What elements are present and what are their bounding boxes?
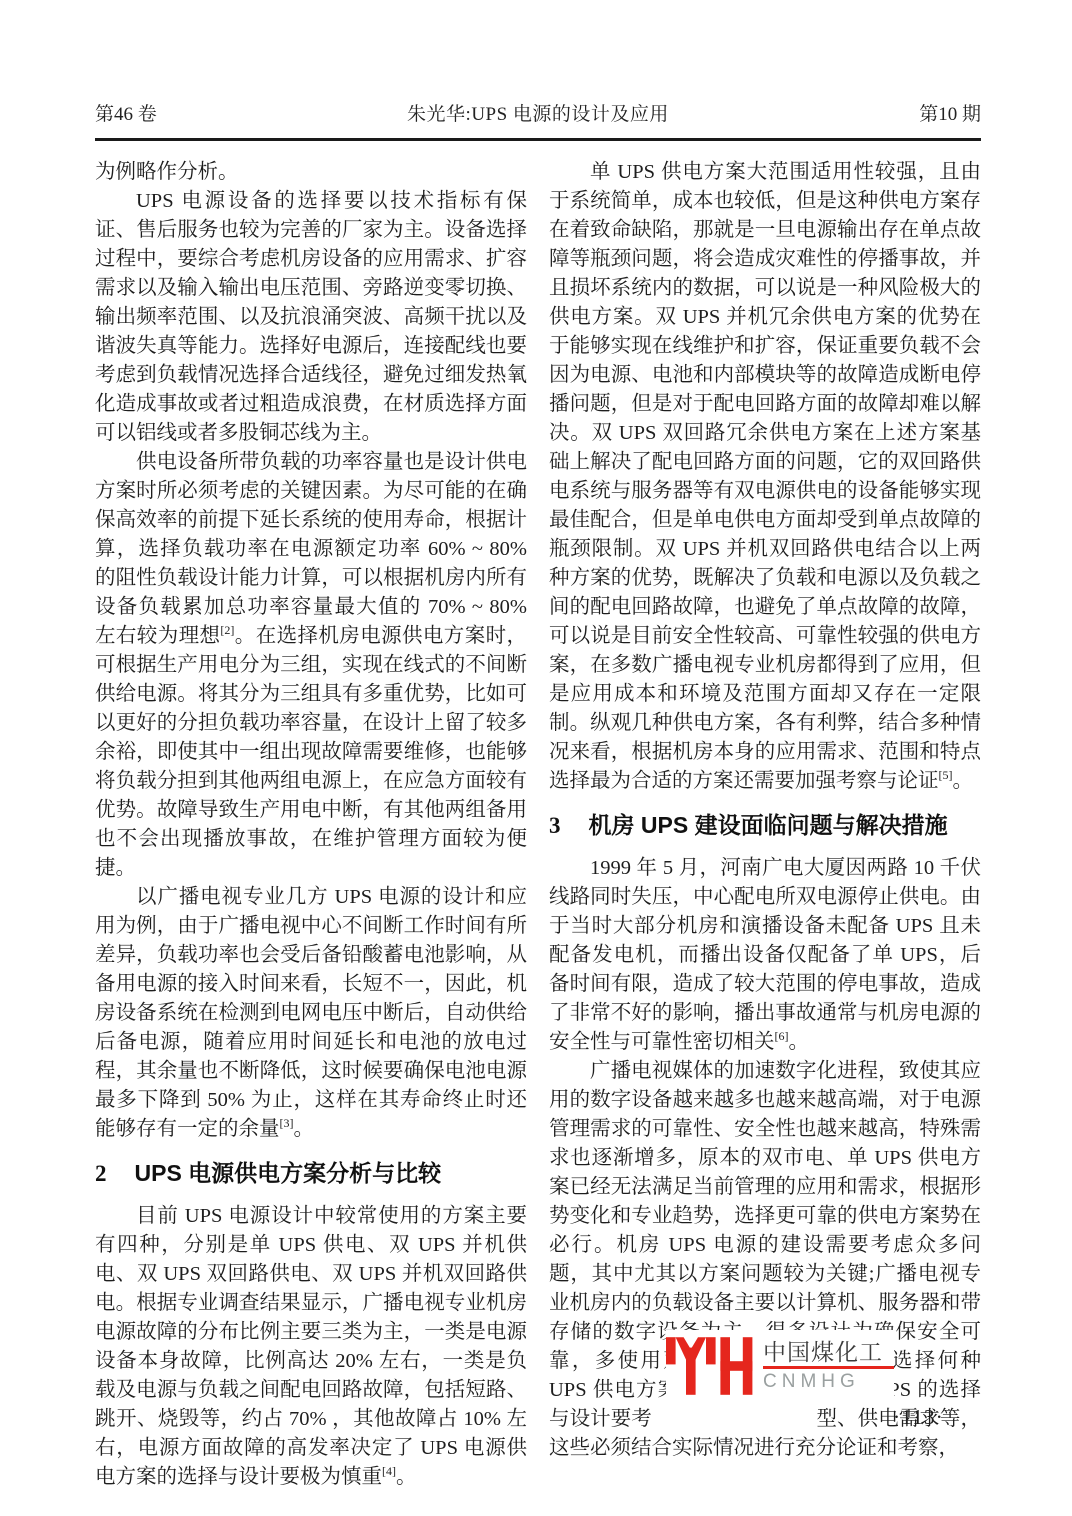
journal-header: 第46 卷 朱光华:UPS 电源的设计及应用 第10 期 — [95, 99, 981, 126]
volume-label: 第46 卷 — [95, 99, 157, 126]
paragraph: 1999 年 5 月，河南广电大厦因两路 10 千伏线路同时失压，中心配电所双电… — [549, 854, 981, 1057]
citation-ref-3: [3] — [280, 1116, 294, 1130]
section-title: UPS 电源供电方案分析与比较 — [135, 1160, 442, 1186]
mh-monogram-icon — [666, 1334, 754, 1398]
cnmhg-watermark: 中国煤化工 CNMHG — [666, 1330, 894, 1400]
watermark-brand: 中国煤化工 — [763, 1339, 894, 1365]
paragraph-text: 以广播电视专业几方 UPS 电源的设计和应用为例，由于广播电视中心不间断工作时间… — [95, 886, 527, 1140]
section-heading-3: 3机房 UPS 建设面临问题与解决措施 — [549, 810, 981, 841]
paragraph-text: 目前 UPS 电源设计中较常使用的方案主要有四种，分别是单 UPS 供电、双 U… — [95, 1205, 527, 1488]
paragraph: 目前 UPS 电源设计中较常使用的方案主要有四种，分别是单 UPS 供电、双 U… — [95, 1202, 527, 1492]
right-column: 单 UPS 供电方案大范围适用性较强，且由于系统简单，成本也较低，但是这种供电方… — [549, 158, 981, 1492]
watermark-text-block: 中国煤化工 CNMHG — [763, 1339, 894, 1392]
page-number: ·113· — [893, 1405, 944, 1430]
header-rule — [95, 138, 981, 141]
paragraph: 供电设备所带负载的功率容量也是设计供电方案时所必须考虑的关键因素。为尽可能的在确… — [95, 448, 527, 883]
paragraph-text: 。 — [294, 1118, 315, 1140]
section-number: 3 — [549, 813, 561, 838]
section-heading-2: 2UPS 电源供电方案分析与比较 — [95, 1158, 527, 1189]
citation-ref-6: [6] — [775, 1029, 789, 1043]
paragraph: 单 UPS 供电方案大范围适用性较强，且由于系统简单，成本也较低，但是这种供电方… — [549, 158, 981, 796]
paragraph: 广播电视媒体的加速数字化进程，致使其应用的数字设备越来越多也越来越高端，对于电源… — [549, 1057, 981, 1463]
paragraph: UPS 电源设备的选择要以技术指标有保证、售后服务也较为完善的厂家为主。设备选择… — [95, 187, 527, 448]
watermark-acronym: CNMHG — [763, 1371, 894, 1392]
paper-page: 第46 卷 朱光华:UPS 电源的设计及应用 第10 期 为例略作分析。 UPS… — [0, 0, 1072, 1516]
paragraph-text: 单 UPS 供电方案大范围适用性较强，且由于系统简单，成本也较低，但是这种供电方… — [549, 161, 981, 792]
citation-ref-5: [5] — [939, 768, 953, 782]
section-title: 机房 UPS 建设面临问题与解决措施 — [589, 812, 948, 838]
paragraph-text: 1999 年 5 月，河南广电大厦因两路 10 千伏线路同时失压，中心配电所双电… — [549, 857, 981, 1053]
paragraph-text: 供电设备所带负载的功率容量也是设计供电方案时所必须考虑的关键因素。为尽可能的在确… — [95, 451, 527, 647]
two-column-body: 为例略作分析。 UPS 电源设备的选择要以技术指标有保证、售后服务也较为完善的厂… — [95, 158, 981, 1492]
paragraph-text: 。 — [789, 1031, 810, 1053]
citation-ref-2: [2] — [220, 623, 234, 637]
paragraph-text: 。在选择机房电源供电方案时，可根据生产用电分为三组，实现在线式的不间断供给电源。… — [95, 625, 527, 879]
issue-label: 第10 期 — [919, 99, 981, 126]
left-column: 为例略作分析。 UPS 电源设备的选择要以技术指标有保证、售后服务也较为完善的厂… — [95, 158, 527, 1492]
paragraph-text: 。 — [953, 770, 974, 792]
watermark-divider — [763, 1366, 894, 1369]
section-number: 2 — [95, 1161, 107, 1186]
citation-ref-4: [4] — [382, 1464, 396, 1478]
paragraph-text: 。 — [396, 1466, 417, 1488]
paragraph-continuation: 为例略作分析。 — [95, 158, 527, 187]
running-title: 朱光华:UPS 电源的设计及应用 — [407, 99, 669, 126]
paragraph: 以广播电视专业几方 UPS 电源的设计和应用为例，由于广播电视中心不间断工作时间… — [95, 883, 527, 1144]
